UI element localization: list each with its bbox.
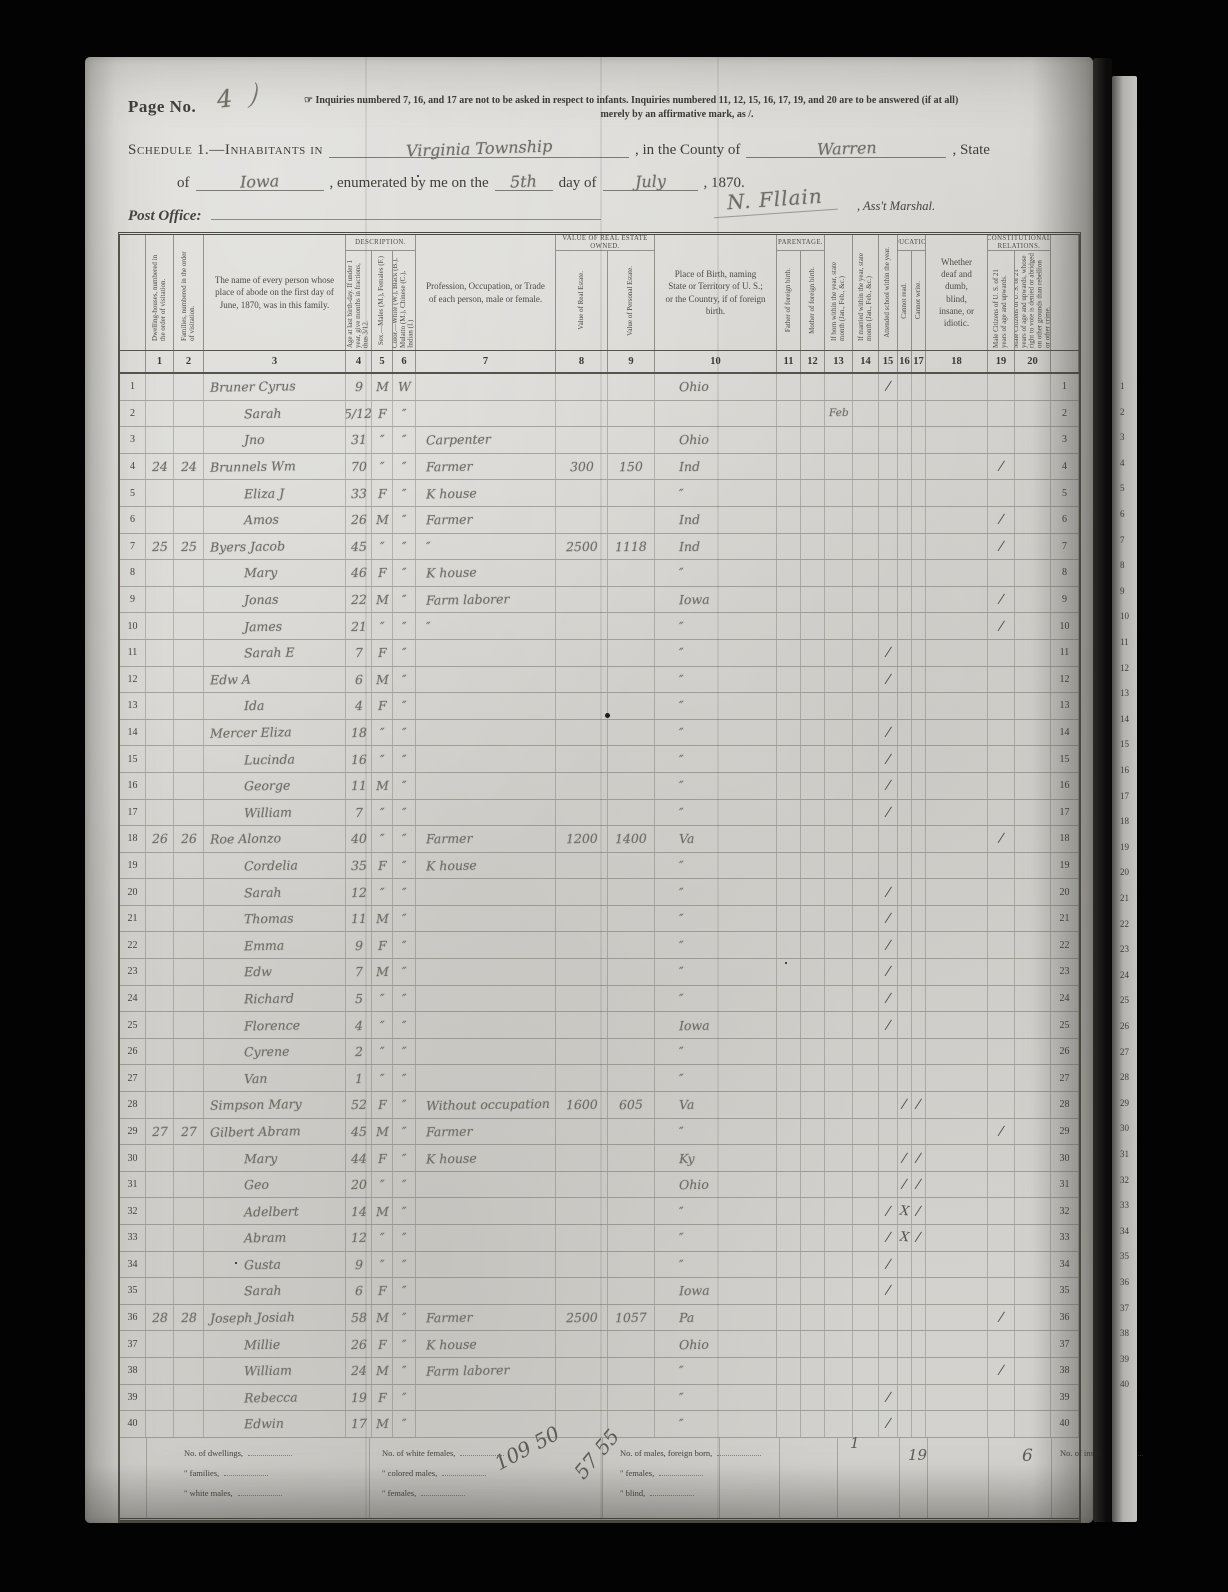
month-married-within-year	[853, 879, 879, 905]
column-group-label: Value of Real Estate Owned.	[556, 235, 655, 251]
dwelling-number	[146, 959, 174, 985]
family-number	[174, 1039, 204, 1065]
month-born-within-year	[825, 853, 853, 879]
mother-foreign-birth	[801, 853, 825, 879]
attended-school-mark	[879, 560, 898, 586]
family-number	[174, 1065, 204, 1091]
sex: F	[372, 1092, 393, 1118]
mother-foreign-birth	[801, 1092, 825, 1118]
dwelling-number	[146, 507, 174, 533]
dwelling-number	[146, 853, 174, 879]
age: 16	[346, 746, 372, 772]
color: ″	[393, 667, 416, 693]
adjacent-line-number: 37	[1120, 1303, 1129, 1313]
township-field: Virginia Township	[329, 139, 629, 158]
age: 5	[346, 986, 372, 1012]
mother-foreign-birth	[801, 1065, 825, 1091]
deaf-dumb-blind	[926, 560, 988, 586]
birthplace: ″	[655, 800, 777, 826]
line-number: 6	[120, 507, 146, 533]
attended-school-mark: /	[879, 959, 898, 985]
citizen-denied-mark	[1015, 959, 1051, 985]
person-name: Adelbert	[204, 1198, 346, 1224]
value-personal-estate	[608, 1172, 655, 1198]
footer-stat-label: ″ blind,	[620, 1488, 645, 1498]
cannot-read-mark	[898, 1278, 912, 1304]
deaf-dumb-blind	[926, 427, 988, 453]
month-born-within-year	[825, 693, 853, 719]
line-number-right: 23	[1051, 959, 1079, 985]
mother-foreign-birth	[801, 667, 825, 693]
cannot-read-mark	[898, 746, 912, 772]
month-married-within-year	[853, 427, 879, 453]
male-citizen-mark: /	[988, 613, 1015, 639]
month-married-within-year	[853, 932, 879, 958]
cannot-read-mark: X	[898, 1198, 912, 1224]
mother-foreign-birth	[801, 800, 825, 826]
cannot-read-mark	[898, 1385, 912, 1411]
deaf-dumb-blind	[926, 640, 988, 666]
attended-school-mark	[879, 613, 898, 639]
column-group-label: Parentage.	[777, 235, 825, 251]
citizen-denied-mark	[1015, 800, 1051, 826]
line-number: 33	[120, 1225, 146, 1251]
dwelling-number	[146, 800, 174, 826]
deaf-dumb-blind	[926, 667, 988, 693]
male-citizen-mark	[988, 1278, 1015, 1304]
occupation	[416, 1172, 556, 1198]
cannot-read-mark	[898, 720, 912, 746]
month-married-within-year	[853, 1039, 879, 1065]
age: 31	[346, 427, 372, 453]
citizen-denied-mark	[1015, 1198, 1051, 1224]
month-born-within-year	[825, 1172, 853, 1198]
adjacent-line-number: 22	[1120, 919, 1129, 929]
month-born-within-year	[825, 560, 853, 586]
line-number-right: 10	[1051, 613, 1079, 639]
line-number: 8	[120, 560, 146, 586]
cannot-write-mark	[912, 401, 926, 427]
father-foreign-birth	[777, 480, 801, 506]
age: 24	[346, 1358, 372, 1384]
cannot-read-mark: /	[898, 1145, 912, 1171]
mother-foreign-birth	[801, 1039, 825, 1065]
post-office-label: Post Office:	[128, 208, 201, 225]
color: ″	[393, 1305, 416, 1331]
line-number-right: 18	[1051, 826, 1079, 852]
page-number-value: 4	[216, 84, 234, 113]
cannot-write-mark	[912, 720, 926, 746]
header-margin-cell	[120, 235, 146, 350]
family-number	[174, 906, 204, 932]
color: ″	[393, 773, 416, 799]
column-label: Male Citizens of U. S. of 21 years of ag…	[1015, 251, 1051, 350]
line-number: 16	[120, 773, 146, 799]
column-header-9: Value of Personal Estate.	[608, 251, 655, 350]
line-number-right: 31	[1051, 1172, 1079, 1198]
month-born-within-year	[825, 1198, 853, 1224]
deaf-dumb-blind	[926, 906, 988, 932]
value-personal-estate	[608, 1119, 655, 1145]
occupation: K house	[416, 1331, 556, 1357]
footer-stat-label: No. of white females,	[382, 1448, 455, 1458]
sex: ″	[372, 1225, 393, 1251]
column-number: 1	[146, 351, 174, 372]
person-name: Abram	[204, 1225, 346, 1251]
sex: M	[372, 587, 393, 613]
line-number: 24	[120, 986, 146, 1012]
birthplace: ″	[655, 1065, 777, 1091]
family-number	[174, 693, 204, 719]
column-number: 18	[926, 351, 988, 372]
male-citizen-mark	[988, 560, 1015, 586]
cannot-write-mark	[912, 879, 926, 905]
deaf-dumb-blind	[926, 693, 988, 719]
value-personal-estate	[608, 746, 655, 772]
attended-school-mark: /	[879, 800, 898, 826]
birthplace: ″	[655, 480, 777, 506]
deaf-dumb-blind	[926, 401, 988, 427]
deaf-dumb-blind	[926, 587, 988, 613]
citizen-denied-mark	[1015, 1252, 1051, 1278]
birthplace: Ind	[655, 454, 777, 480]
color: ″	[393, 906, 416, 932]
line-number-right: 26	[1051, 1039, 1079, 1065]
age: 9	[346, 374, 372, 400]
father-foreign-birth	[777, 1012, 801, 1038]
attended-school-mark: /	[879, 640, 898, 666]
line-number-right: 5	[1051, 480, 1079, 506]
cannot-write-mark	[912, 374, 926, 400]
sex: ″	[372, 454, 393, 480]
adjacent-line-number: 26	[1120, 1021, 1129, 1031]
person-name: Thomas	[204, 906, 346, 932]
person-name: Byers Jacob	[204, 534, 346, 560]
attended-school-mark	[879, 1358, 898, 1384]
line-number-right: 28	[1051, 1092, 1079, 1118]
citizen-denied-mark	[1015, 587, 1051, 613]
month-married-within-year	[853, 401, 879, 427]
person-name: Simpson Mary	[204, 1092, 346, 1118]
month-born-within-year	[825, 374, 853, 400]
cannot-read-mark	[898, 906, 912, 932]
cannot-write-mark	[912, 1119, 926, 1145]
family-number	[174, 932, 204, 958]
month-married-within-year	[853, 1331, 879, 1357]
cannot-write-mark	[912, 1358, 926, 1384]
deaf-dumb-blind	[926, 454, 988, 480]
month-born-within-year	[825, 720, 853, 746]
value-personal-estate	[608, 720, 655, 746]
birthplace: Iowa	[655, 1012, 777, 1038]
adjacent-line-number: 13	[1120, 688, 1129, 698]
line-number: 37	[120, 1331, 146, 1357]
birthplace: ″	[655, 1385, 777, 1411]
mother-foreign-birth	[801, 1385, 825, 1411]
month-born-within-year	[825, 800, 853, 826]
person-name: Mary	[204, 1145, 346, 1171]
mother-foreign-birth	[801, 826, 825, 852]
line-number-right: 2	[1051, 401, 1079, 427]
person-name: Geo	[204, 1172, 346, 1198]
color: ″	[393, 1092, 416, 1118]
age: 11	[346, 906, 372, 932]
age: 7	[346, 800, 372, 826]
value-personal-estate	[608, 1385, 655, 1411]
adjacent-line-number: 23	[1120, 944, 1129, 954]
family-number: 27	[174, 1119, 204, 1145]
footer-tally: 19	[908, 1446, 927, 1464]
line-number: 11	[120, 640, 146, 666]
occupation	[416, 959, 556, 985]
father-foreign-birth	[777, 1119, 801, 1145]
month-born-within-year	[825, 1278, 853, 1304]
mother-foreign-birth	[801, 932, 825, 958]
age: 14	[346, 1198, 372, 1224]
age: 18	[346, 720, 372, 746]
value-personal-estate	[608, 1331, 655, 1357]
cannot-read-mark	[898, 1119, 912, 1145]
cannot-write-mark	[912, 1252, 926, 1278]
deaf-dumb-blind	[926, 800, 988, 826]
attended-school-mark: /	[879, 906, 898, 932]
birthplace: ″	[655, 560, 777, 586]
value-personal-estate	[608, 1225, 655, 1251]
birthplace: Pa	[655, 1305, 777, 1331]
month-married-within-year	[853, 613, 879, 639]
dwelling-number	[146, 1225, 174, 1251]
person-name: Edwin	[204, 1411, 346, 1437]
value-personal-estate	[608, 613, 655, 639]
mother-foreign-birth	[801, 1278, 825, 1304]
deaf-dumb-blind	[926, 720, 988, 746]
month-born-within-year	[825, 1225, 853, 1251]
occupation	[416, 693, 556, 719]
dwelling-number	[146, 1012, 174, 1038]
line-number-right: 40	[1051, 1411, 1079, 1437]
sex: ″	[372, 1012, 393, 1038]
birthplace: ″	[655, 746, 777, 772]
cannot-write-mark: /	[912, 1225, 926, 1251]
person-name: Brunnels Wm	[204, 454, 346, 480]
attended-school-mark	[879, 1119, 898, 1145]
age: 44	[346, 1145, 372, 1171]
adjacent-line-number: 40	[1120, 1379, 1129, 1389]
family-number	[174, 1012, 204, 1038]
person-name: Millie	[204, 1331, 346, 1357]
line-number-right: 37	[1051, 1331, 1079, 1357]
line-number: 31	[120, 1172, 146, 1198]
adjacent-line-number: 8	[1120, 560, 1125, 570]
birthplace: ″	[655, 1252, 777, 1278]
cannot-read-mark	[898, 1252, 912, 1278]
cannot-write-mark	[912, 853, 926, 879]
deaf-dumb-blind	[926, 1278, 988, 1304]
citizen-denied-mark	[1015, 1039, 1051, 1065]
cannot-read-mark	[898, 454, 912, 480]
person-name: Richard	[204, 986, 346, 1012]
deaf-dumb-blind	[926, 853, 988, 879]
male-citizen-mark	[988, 1012, 1015, 1038]
header-margin-cell	[1051, 235, 1079, 350]
mother-foreign-birth	[801, 1411, 825, 1437]
birthplace: Iowa	[655, 587, 777, 613]
adjacent-line-number: 16	[1120, 765, 1129, 775]
male-citizen-mark	[988, 853, 1015, 879]
line-number-right: 1	[1051, 374, 1079, 400]
family-number	[174, 640, 204, 666]
adjacent-line-number: 25	[1120, 995, 1129, 1005]
father-foreign-birth	[777, 853, 801, 879]
male-citizen-mark	[988, 773, 1015, 799]
mother-foreign-birth	[801, 1012, 825, 1038]
line-number-right: 17	[1051, 800, 1079, 826]
mother-foreign-birth	[801, 1198, 825, 1224]
birthplace: ″	[655, 693, 777, 719]
cannot-read-mark	[898, 932, 912, 958]
line-number: 32	[120, 1198, 146, 1224]
family-number	[174, 1198, 204, 1224]
month-married-within-year	[853, 587, 879, 613]
deaf-dumb-blind	[926, 507, 988, 533]
value-personal-estate	[608, 401, 655, 427]
person-name: Bruner Cyrus	[204, 374, 346, 400]
cannot-write-mark: /	[912, 1092, 926, 1118]
occupation: Farmer	[416, 1119, 556, 1145]
mother-foreign-birth	[801, 613, 825, 639]
deaf-dumb-blind	[926, 374, 988, 400]
occupation	[416, 1252, 556, 1278]
citizen-denied-mark	[1015, 746, 1051, 772]
father-foreign-birth	[777, 1172, 801, 1198]
father-foreign-birth	[777, 401, 801, 427]
column-number: 6	[393, 351, 416, 372]
occupation	[416, 1012, 556, 1038]
month-married-within-year	[853, 1358, 879, 1384]
father-foreign-birth	[777, 720, 801, 746]
age: 26	[346, 1331, 372, 1357]
adjacent-line-number: 30	[1120, 1123, 1129, 1133]
line-number-right: 6	[1051, 507, 1079, 533]
male-citizen-mark	[988, 800, 1015, 826]
month-married-within-year	[853, 800, 879, 826]
male-citizen-mark	[988, 1385, 1015, 1411]
person-name: Edw	[204, 959, 346, 985]
line-number: 25	[120, 1012, 146, 1038]
attended-school-mark: /	[879, 746, 898, 772]
age: 6	[346, 667, 372, 693]
adjacent-line-number: 20	[1120, 867, 1129, 877]
birthplace: Ohio	[655, 1172, 777, 1198]
person-name: Gusta	[204, 1252, 346, 1278]
cannot-read-mark	[898, 959, 912, 985]
column-header-16: Cannot read.	[898, 251, 912, 350]
mother-foreign-birth	[801, 746, 825, 772]
occupation	[416, 986, 556, 1012]
sex: M	[372, 1119, 393, 1145]
color: ″	[393, 534, 416, 560]
footer-stat-label: ″ females,	[620, 1468, 654, 1478]
dwelling-number	[146, 1358, 174, 1384]
month-born-within-year	[825, 932, 853, 958]
column-label: Color.—White (W.), Black (B.), Mulatto (…	[393, 251, 416, 350]
color: ″	[393, 853, 416, 879]
birthplace: Ind	[655, 534, 777, 560]
month-born-within-year	[825, 1252, 853, 1278]
attended-school-mark: /	[879, 374, 898, 400]
cannot-write-mark	[912, 1039, 926, 1065]
attended-school-mark	[879, 1331, 898, 1357]
birthplace: ″	[655, 879, 777, 905]
dwelling-number	[146, 1278, 174, 1304]
line-number-right: 35	[1051, 1278, 1079, 1304]
family-number	[174, 986, 204, 1012]
birthplace: ″	[655, 986, 777, 1012]
occupation	[416, 932, 556, 958]
sex: ″	[372, 1252, 393, 1278]
color: ″	[393, 1278, 416, 1304]
sex: ″	[372, 800, 393, 826]
deaf-dumb-blind	[926, 534, 988, 560]
column-label: Cannot write.	[915, 279, 923, 321]
citizen-denied-mark	[1015, 906, 1051, 932]
birthplace: ″	[655, 853, 777, 879]
column-label: If married within the year, state month …	[858, 243, 874, 343]
male-citizen-mark: /	[988, 507, 1015, 533]
citizen-denied-mark	[1015, 1278, 1051, 1304]
month-married-within-year	[853, 1385, 879, 1411]
month-married-within-year	[853, 746, 879, 772]
month-married-within-year	[853, 853, 879, 879]
paper-crease	[717, 57, 719, 1523]
father-foreign-birth	[777, 1278, 801, 1304]
column-number: 20	[1015, 351, 1051, 372]
cannot-write-mark	[912, 507, 926, 533]
ink-speck	[605, 713, 610, 718]
line-number: 36	[120, 1305, 146, 1331]
instructions-note: ☞ Inquiries numbered 7, 16, and 17 are n…	[304, 94, 1050, 122]
sex: F	[372, 853, 393, 879]
mother-foreign-birth	[801, 1145, 825, 1171]
attended-school-mark: /	[879, 986, 898, 1012]
deaf-dumb-blind	[926, 1092, 988, 1118]
dwelling-number	[146, 1065, 174, 1091]
father-foreign-birth	[777, 560, 801, 586]
mother-foreign-birth	[801, 454, 825, 480]
column-number: 11	[777, 351, 801, 372]
line-number: 23	[120, 959, 146, 985]
county-field: Warren	[746, 139, 946, 158]
citizen-denied-mark	[1015, 1012, 1051, 1038]
deaf-dumb-blind	[926, 1331, 988, 1357]
cannot-read-mark	[898, 374, 912, 400]
column-label: Mother of foreign birth.	[809, 265, 817, 336]
age: 4	[346, 693, 372, 719]
male-citizen-mark	[988, 1252, 1015, 1278]
column-header-19: Male Citizens of U. S. of 21 years of ag…	[988, 251, 1015, 350]
male-citizen-mark	[988, 906, 1015, 932]
month-born-within-year	[825, 1385, 853, 1411]
column-label: Attended school within the year.	[884, 245, 892, 340]
occupation: K house	[416, 1145, 556, 1171]
mother-foreign-birth	[801, 1305, 825, 1331]
cannot-read-mark	[898, 986, 912, 1012]
cannot-write-mark	[912, 667, 926, 693]
column-header-1: Dwelling-houses, numbered in the order o…	[146, 235, 174, 350]
column-header-18: Whether deaf and dumb, blind, insane, or…	[926, 235, 988, 350]
male-citizen-mark	[988, 1065, 1015, 1091]
father-foreign-birth	[777, 1305, 801, 1331]
